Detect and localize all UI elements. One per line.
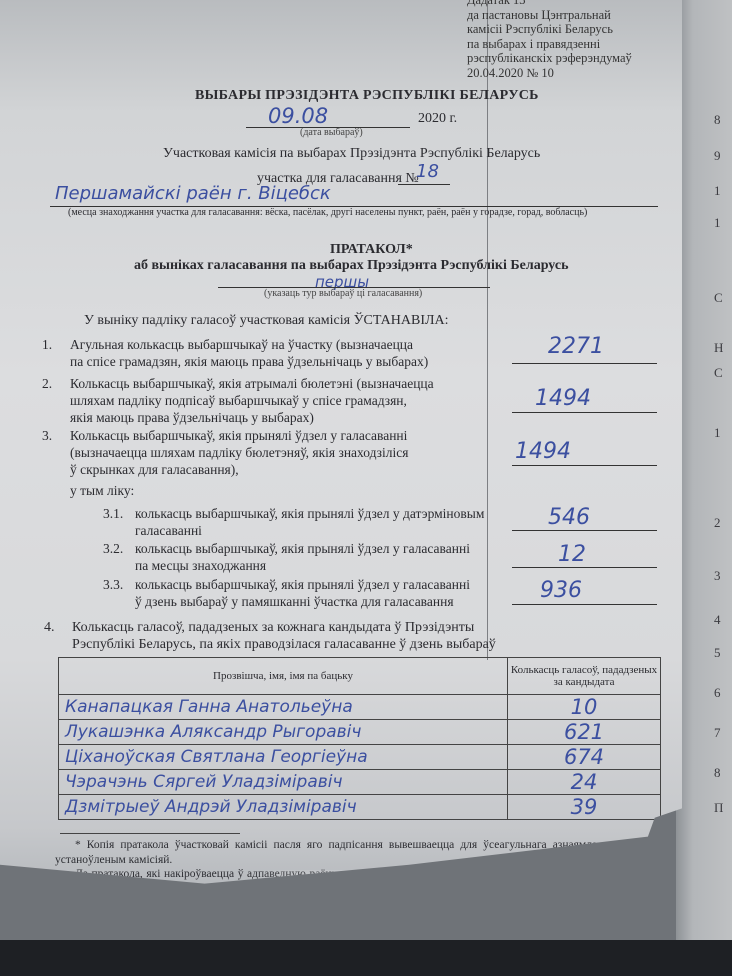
candidate-votes: 10 <box>508 695 661 720</box>
background-row-number: 4 <box>714 612 721 628</box>
background-row-number: 9 <box>714 148 721 164</box>
col-votes-header: Колькасць галасоў, пададзеных за кандыда… <box>508 658 661 695</box>
round-caption: (указаць тур выбараў ці галасавання) <box>264 288 422 299</box>
item-4: 4. Колькасць галасоў, пададзеных за кожн… <box>72 619 496 653</box>
station-line <box>398 184 450 185</box>
table-row: Дзмітрыеў Андрэй Уладзіміравіч 39 <box>59 795 661 820</box>
item-1-value: 2271 <box>548 334 604 359</box>
commission-title: Участковая камісія па выбарах Прэзідэнта… <box>163 146 540 162</box>
background-row-number: 6 <box>714 685 721 701</box>
col-name-header: Прозвішча, імя, імя па бацьку <box>59 658 508 695</box>
election-title: ВЫБАРЫ ПРЭЗІДЭНТА РЭСПУБЛІКІ БЕЛАРУСЬ <box>195 88 539 104</box>
background-row-number: 2 <box>714 515 721 531</box>
table-row: Лукашэнка Аляксандр Рыгоравіч 621 <box>59 720 661 745</box>
item-3-2-value: 12 <box>558 542 586 567</box>
item-3-2: 3.2. колькасць выбаршчыкаў, якія прынялі… <box>135 540 470 574</box>
glare <box>250 870 410 940</box>
background-row-number: 1 <box>714 215 721 231</box>
item-3-1-value: 546 <box>548 505 590 530</box>
date-caption: (дата выбараў) <box>300 127 363 138</box>
candidate-votes: 674 <box>508 745 661 770</box>
item-3-1-line <box>512 530 657 531</box>
protocol-subtitle: аб выніках галасавання па выбарах Прэзід… <box>134 258 568 274</box>
station-location: Першамайскі раён г. Віцебск <box>55 183 331 204</box>
candidate-name: Чэрачэнь Сяргей Уладзіміравіч <box>59 770 508 795</box>
location-caption: (месца знаходжання участка для галасаван… <box>68 207 587 218</box>
candidate-name: Лукашэнка Аляксандр Рыгоравіч <box>59 720 508 745</box>
background-row-number: С <box>714 290 723 306</box>
background-row-number: Н <box>714 340 723 356</box>
footnote-divider <box>60 833 240 834</box>
protocol-title: ПРАТАКОЛ* <box>330 242 413 258</box>
item-3-2-line <box>512 567 657 568</box>
election-year: 2020 г. <box>418 111 457 127</box>
background-row-number: 1 <box>714 183 721 199</box>
including-label: у тым ліку: <box>70 482 134 499</box>
candidate-votes: 621 <box>508 720 661 745</box>
item-2-line <box>512 412 657 413</box>
footnote: * Копія пратакола ўчастковай камісіі пас… <box>55 838 667 925</box>
election-date: 09.08 <box>268 104 328 128</box>
item-3-value: 1494 <box>515 439 571 464</box>
table-row: Чэрачэнь Сяргей Уладзіміравіч 24 <box>59 770 661 795</box>
background-row-number: 1 <box>714 425 721 441</box>
candidate-name: Дзмітрыеў Андрэй Уладзіміравіч <box>59 795 508 820</box>
background-row-number: 3 <box>714 568 721 584</box>
candidate-votes: 39 <box>508 795 661 820</box>
candidate-name: Канапацкая Ганна Анатольеўна <box>59 695 508 720</box>
background-sheet: 8911СНС12345678П <box>676 0 732 940</box>
protocol-sheet: Дадатак 13 да пастановы Цэнтральнай камі… <box>0 0 682 940</box>
item-3-3-value: 936 <box>540 578 582 603</box>
candidates-table: Прозвішча, імя, імя па бацьку Колькасць … <box>58 657 661 820</box>
background-row-number: 8 <box>714 765 721 781</box>
candidate-name: Ціханоўская Святлана Георгіеўна <box>59 745 508 770</box>
item-3-3: 3.3. колькасць выбаршчыкаў, якія прынялі… <box>135 576 470 610</box>
background-row-number: С <box>714 365 723 381</box>
background-row-number: 8 <box>714 112 721 128</box>
item-2: 2. Колькасць выбаршчыкаў, якія атрымалі … <box>70 375 434 426</box>
item-2-value: 1494 <box>535 386 591 411</box>
appendix-note: Дадатак 13 да пастановы Цэнтральнай камі… <box>467 2 632 80</box>
results-intro: У выніку падліку галасоў участковая камі… <box>84 313 449 329</box>
item-3-3-line <box>512 604 657 605</box>
candidate-votes: 24 <box>508 770 661 795</box>
item-3-1: 3.1. колькасць выбаршчыкаў, якія прынялі… <box>135 505 484 539</box>
item-1: 1. Агульная колькасць выбаршчыкаў на ўча… <box>70 336 428 370</box>
background-row-number: 5 <box>714 645 721 661</box>
table-row: Ціханоўская Святлана Георгіеўна 674 <box>59 745 661 770</box>
table-row: Канапацкая Ганна Анатольеўна 10 <box>59 695 661 720</box>
item-3-line <box>512 465 657 466</box>
station-number: 18 <box>416 161 439 182</box>
item-3: 3. Колькасць выбаршчыкаў, якія прынялі ў… <box>70 427 408 478</box>
item-1-line <box>512 363 657 364</box>
background-row-number: 7 <box>714 725 721 741</box>
background-row-number: П <box>714 800 723 816</box>
background-dark <box>0 940 732 976</box>
